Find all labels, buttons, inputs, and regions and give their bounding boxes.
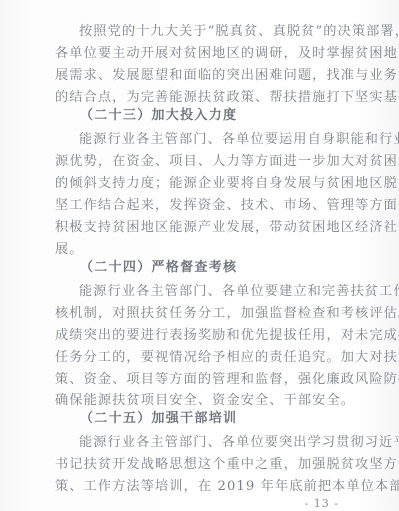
body-text-line: 展需求、发展愿望和面临的突出困难问题，找准与业务工作: [55, 68, 337, 84]
body-text-line: 书记扶贫开发战略思想这个重中之重，加强脱贫攻坚方针政: [55, 457, 337, 473]
body-text-line: 策、工作方法等培训，在 2019 年年底前把本单位本部门扶: [55, 479, 337, 495]
body-text-line: 积极支持贫困地区能源产业发展，带动贫困地区经济社会发: [55, 220, 337, 236]
body-text-line: 按照党的十九大关于“脱真贫、真脱贫”的决策部署，: [79, 24, 337, 40]
body-text-line: 展。: [55, 242, 337, 258]
document-page: 按照党的十九大关于“脱真贫、真脱贫”的决策部署， 各单位要主动开展对贫困地区的调…: [0, 0, 399, 511]
body-text-line: 各单位要主动开展对贫困地区的调研，及时掌握贫困地区发: [55, 46, 337, 62]
body-text-line: 核机制，对照扶贫任务分工，加强监督检查和考核评估。对: [55, 306, 337, 322]
body-text-line: 确保能源扶贫项目安全、资金安全、干部安全。: [55, 393, 337, 409]
body-text-line: 能源行业各主管部门、各单位要建立和完善扶贫工作考: [79, 284, 337, 300]
body-text-line: 的倾斜支持力度；能源企业要将自身发展与贫困地区脱贫攻: [55, 176, 337, 192]
body-text-line: 的结合点，为完善能源扶贫政策、帮扶措施打下坚实基础。: [55, 90, 337, 106]
page-number: - 13 -: [305, 497, 339, 510]
body-text-line: 能源行业各主管部门、各单位要突出学习贯彻习近平总: [79, 435, 337, 451]
body-text-line: 坚工作结合起来，发挥资金、技术、市场、管理等方面优势，: [55, 198, 337, 214]
section-heading-25: （二十五）加强干部培训: [80, 411, 237, 427]
section-heading-23: （二十三）加大投入力度: [80, 108, 237, 124]
body-text-line: 源优势，在资金、项目、人力等方面进一步加大对贫困地区: [55, 154, 337, 170]
section-heading-24: （二十四）严格督查考核: [80, 260, 237, 276]
body-text-line: 任务分工的，要视情况给予相应的责任追究。加大对扶贫政: [55, 350, 337, 366]
body-text-line: 能源行业各主管部门、各单位要运用自身职能和行业资: [79, 132, 337, 148]
body-text-line: 策、资金、项目等方面的管理和监督，强化廉政风险防控，: [55, 372, 337, 388]
body-text-line: 成绩突出的要进行表扬奖励和优先提拔任用，对未完成扶贫: [55, 328, 337, 344]
